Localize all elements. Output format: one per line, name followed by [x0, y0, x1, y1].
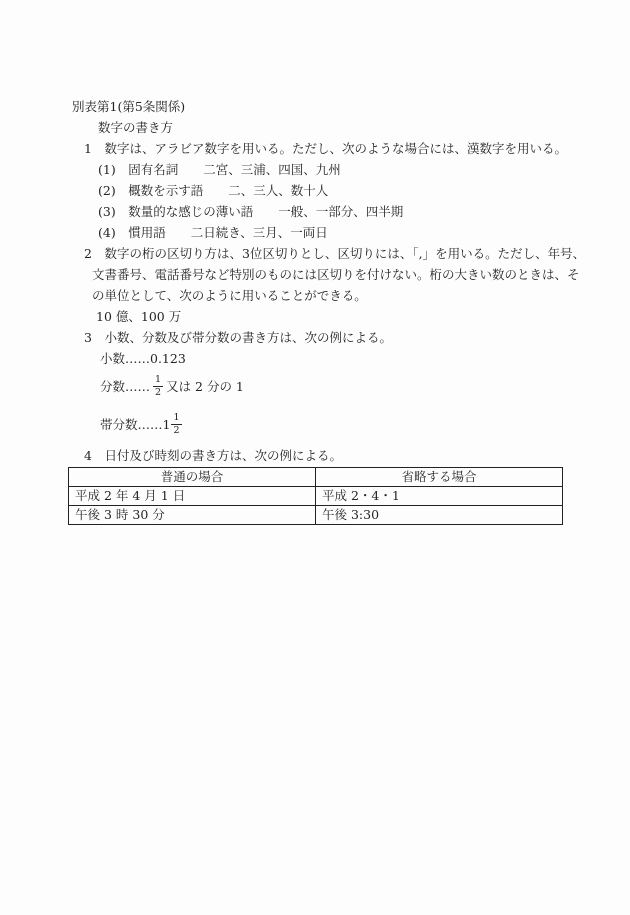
- mixed-fraction-whole: 1: [163, 414, 171, 435]
- item1-sub3-weak-numeric-sense: (3) 数量的な感じの薄い語 一般、一部分、四半期: [72, 201, 580, 222]
- fraction-label: 分数……: [100, 376, 150, 397]
- item1-sub1-proper-nouns: (1) 固有名詞 二宮、三浦、四国、九州: [72, 159, 580, 180]
- table-row-date: 平成 2 年 4 月 1 日 平成 2・4・1: [69, 487, 563, 506]
- fraction-suffix: 又は 2 分の 1: [166, 376, 244, 397]
- table-header-abbreviated-case: 省略する場合: [316, 468, 563, 487]
- item1-sub4-idioms: (4) 慣用語 二日続き、三月、一両日: [72, 222, 580, 243]
- table-row-time: 午後 3 時 30 分 午後 3:30: [69, 506, 563, 525]
- table-cell-time-normal: 午後 3 時 30 分: [69, 506, 316, 525]
- item2-line2: 文書番号、電話番号など特別のものには区切りを付けない。桁の大きい数のときは、そ: [72, 264, 580, 285]
- fraction-denominator: 2: [153, 386, 163, 398]
- item2-line1: 2 数字の桁の区切り方は、3位区切りとし、区切りには、「,」を用いる。ただし、年…: [72, 243, 580, 264]
- mixed-fraction-label: 帯分数……: [100, 414, 163, 435]
- mixed-fraction-denominator: 2: [171, 424, 181, 436]
- document-content: 別表第1(第5条関係) 数字の書き方 1 数字は、アラビア数字を用いる。ただし、…: [0, 0, 630, 525]
- doc-title: 別表第1(第5条関係): [72, 96, 580, 117]
- item1-sub2-approximate-numbers: (2) 概数を示す語 二、三人、数十人: [72, 180, 580, 201]
- table-cell-date-normal: 平成 2 年 4 月 1 日: [69, 487, 316, 506]
- table-cell-time-abbreviated: 午後 3:30: [316, 506, 563, 525]
- fraction-numerator: 1: [153, 375, 163, 386]
- table-cell-date-abbreviated: 平成 2・4・1: [316, 487, 563, 506]
- date-time-example-table: 普通の場合 省略する場合 平成 2 年 4 月 1 日 平成 2・4・1 午後 …: [68, 467, 563, 525]
- table-header-row: 普通の場合 省略する場合: [69, 468, 563, 487]
- fraction-example-line: 分数…… 1 2 又は 2 分の 1: [72, 369, 580, 403]
- fraction-one-half: 1 2: [153, 375, 163, 398]
- item4-line: 4 日付及び時刻の書き方は、次の例による。: [72, 445, 580, 466]
- mixed-fraction-one-half: 1 2: [171, 413, 181, 436]
- item2-line3: の単位として、次のように用いることができる。: [72, 285, 580, 306]
- item1-line: 1 数字は、アラビア数字を用いる。ただし、次のような場合には、漢数字を用いる。: [72, 138, 580, 159]
- item3-line: 3 小数、分数及び帯分数の書き方は、次の例による。: [72, 327, 580, 348]
- mixed-fraction-numerator: 1: [171, 413, 181, 424]
- mixed-fraction-example-line: 帯分数…… 1 1 2: [72, 407, 580, 441]
- decimal-example: 小数……0.123: [72, 348, 580, 369]
- table-header-normal-case: 普通の場合: [69, 468, 316, 487]
- document-page: 別表第1(第5条関係) 数字の書き方 1 数字は、アラビア数字を用いる。ただし、…: [0, 0, 630, 915]
- doc-heading: 数字の書き方: [72, 117, 580, 138]
- item2-example: 10 億、100 万: [72, 306, 580, 327]
